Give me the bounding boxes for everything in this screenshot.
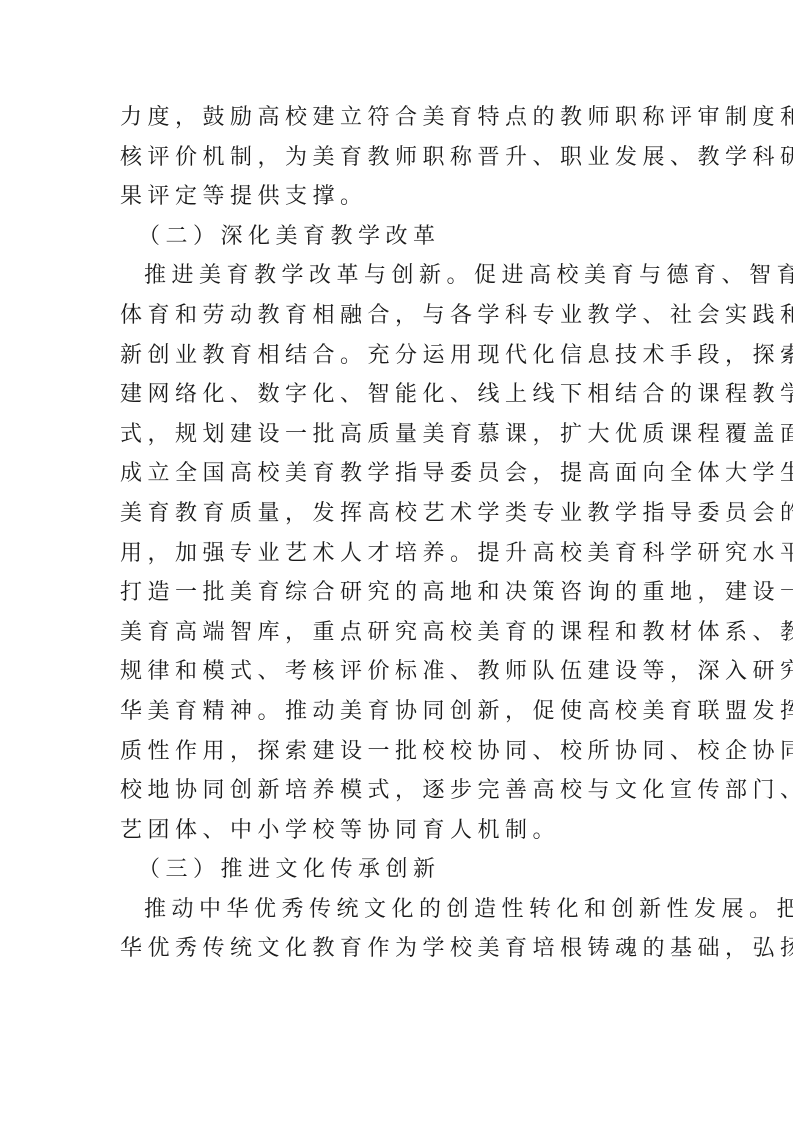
paragraph-teaching-reform: 推进美育教学改革与创新。促进高校美育与德育、智育、 体育和劳动教育相融合，与各学… [120, 256, 672, 850]
text-line: 成立全国高校美育教学指导委员会，提高面向全体大学生的 [120, 454, 672, 494]
text-line: 式，规划建设一批高质量美育慕课，扩大优质课程覆盖面。 [120, 415, 672, 455]
text-line: 用，加强专业艺术人才培养。提升高校美育科学研究水平， [120, 534, 672, 574]
text-line: 力度，鼓励高校建立符合美育特点的教师职称评审制度和考 [120, 98, 672, 138]
text-line: 华优秀传统文化教育作为学校美育培根铸魂的基础，弘扬中 [120, 929, 672, 969]
section-heading-3: （三）推进文化传承创新 [120, 850, 672, 890]
section-heading: （三）推进文化传承创新 [120, 850, 672, 890]
text-line: 体育和劳动教育相融合，与各学科专业教学、社会实践和创 [120, 296, 672, 336]
text-line: 建网络化、数字化、智能化、线上线下相结合的课程教学模 [120, 375, 672, 415]
section-heading: （二）深化美育教学改革 [120, 217, 672, 257]
text-line: 规律和模式、考核评价标准、教师队伍建设等，深入研究中 [120, 652, 672, 692]
text-line: 华美育精神。推动美育协同创新，促使高校美育联盟发挥实 [120, 692, 672, 732]
text-line: 核评价机制，为美育教师职称晋升、职业发展、教学科研成 [120, 138, 672, 178]
document-page: 力度，鼓励高校建立符合美育特点的教师职称评审制度和考 核评价机制，为美育教师职称… [120, 98, 672, 969]
text-line: 果评定等提供支撑。 [120, 177, 672, 217]
text-line: 艺团体、中小学校等协同育人机制。 [120, 811, 672, 851]
text-line: 推进美育教学改革与创新。促进高校美育与德育、智育、 [120, 256, 672, 296]
text-line: 美育高端智库，重点研究高校美育的课程和教材体系、教学 [120, 613, 672, 653]
paragraph-continuation: 力度，鼓励高校建立符合美育特点的教师职称评审制度和考 核评价机制，为美育教师职称… [120, 98, 672, 217]
text-line: 校地协同创新培养模式，逐步完善高校与文化宣传部门、文 [120, 771, 672, 811]
section-heading-2: （二）深化美育教学改革 [120, 217, 672, 257]
text-line: 美育教育质量，发挥高校艺术学类专业教学指导委员会的作 [120, 494, 672, 534]
text-line: 打造一批美育综合研究的高地和决策咨询的重地，建设一批 [120, 573, 672, 613]
text-line: 推动中华优秀传统文化的创造性转化和创新性发展。把中 [120, 890, 672, 930]
paragraph-cultural-heritage: 推动中华优秀传统文化的创造性转化和创新性发展。把中 华优秀传统文化教育作为学校美… [120, 890, 672, 969]
text-line: 质性作用，探索建设一批校校协同、校所协同、校企协同、 [120, 732, 672, 772]
text-line: 新创业教育相结合。充分运用现代化信息技术手段，探索构 [120, 336, 672, 376]
